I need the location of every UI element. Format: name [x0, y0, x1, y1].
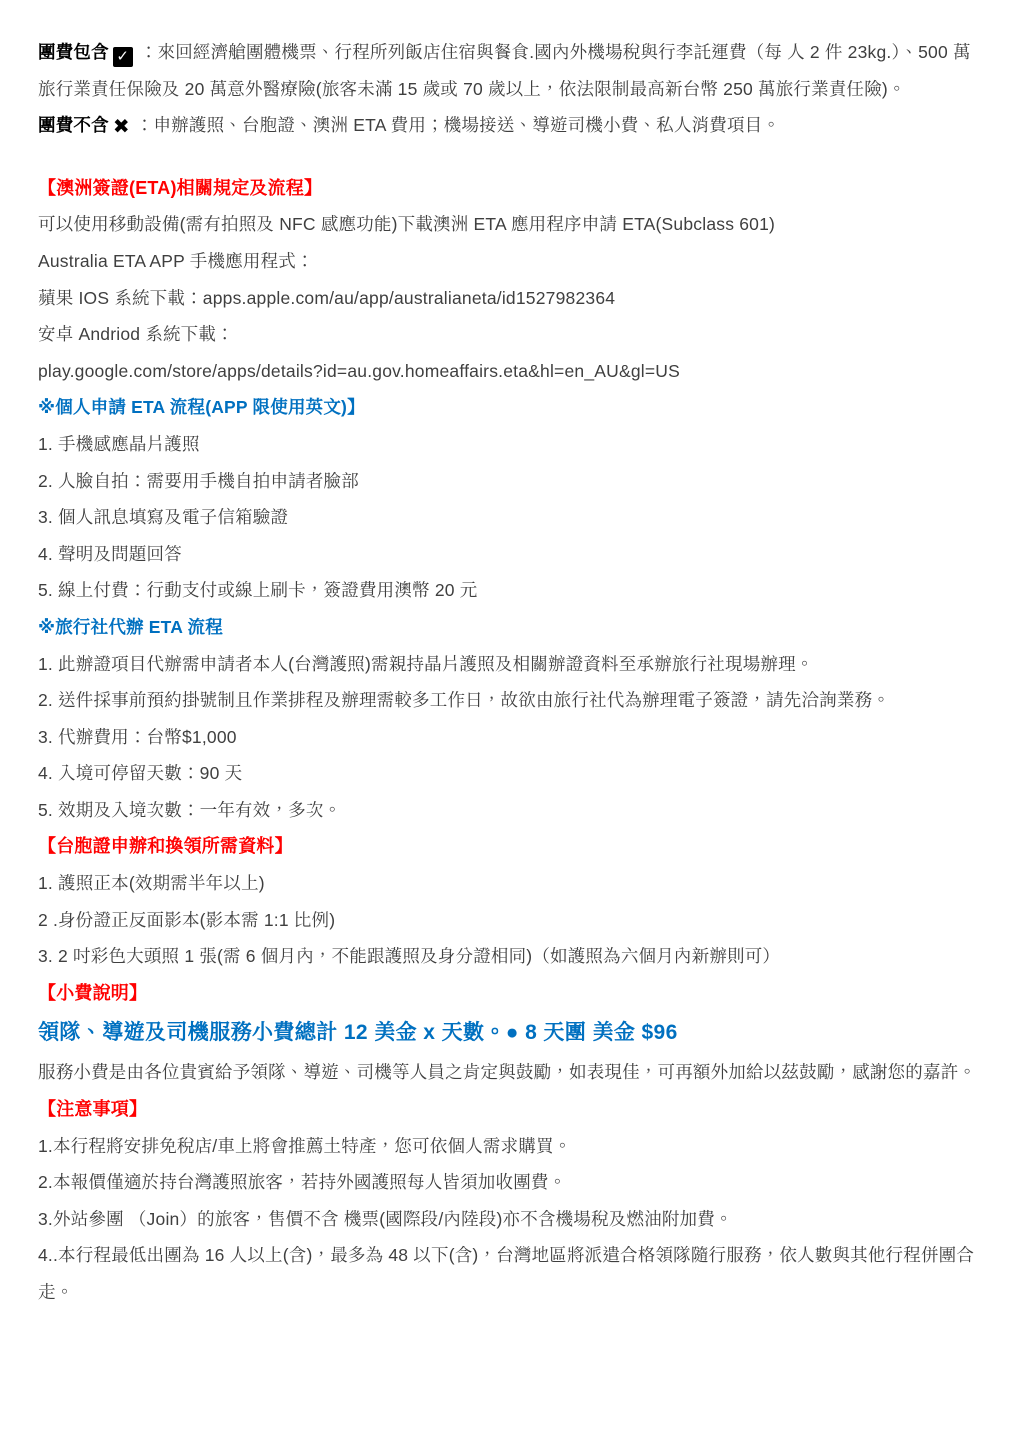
- tips-highlight-line: 領隊、導遊及司機服務小費總計 12 美金 x 天數。● 8 天團 美金 $96: [38, 1011, 986, 1054]
- fees-included-text: ：來回經濟艙團體機票、行程所列飯店住宿與餐食.國內外機場稅與行李託運費（每 人 …: [38, 42, 971, 99]
- tips-body-text: 服務小費是由各位貴賓給予領隊、導遊、司機等人員之肯定與鼓勵，如表現佳，可再額外加…: [38, 1054, 986, 1091]
- notes-item: 3.外站參團 （Join）的旅客，售價不含 機票(國際段/內陸段)亦不含機場稅及…: [38, 1201, 986, 1238]
- eta-agency-step: 3. 代辦費用：台幣$1,000: [38, 719, 986, 756]
- eta-agency-step: 5. 效期及入境次數：一年有效，多次。: [38, 792, 986, 829]
- eta-android-download-url: play.google.com/store/apps/details?id=au…: [38, 353, 986, 390]
- cross-icon: ✖: [113, 109, 130, 146]
- compatriot-permit-heading: 【台胞證申辦和換領所需資料】: [38, 828, 986, 865]
- fees-excluded-label: 團費不含: [38, 115, 109, 135]
- notes-item: 4..本行程最低出團為 16 人以上(含)，最多為 48 以下(含)，台灣地區將…: [38, 1237, 986, 1310]
- eta-agency-step: 2. 送件採事前預約掛號制且作業排程及辦理需較多工作日，故欲由旅行社代為辦理電子…: [38, 682, 986, 719]
- notes-item: 1.本行程將安排免稅店/車上將會推薦土特產，您可依個人需求購買。: [38, 1128, 986, 1165]
- eta-android-download-label: 安卓 Andriod 系統下載：: [38, 316, 986, 353]
- eta-personal-subheading: ※個人申請 ETA 流程(APP 限使用英文)】: [38, 389, 986, 426]
- notes-heading: 【注意事項】: [38, 1091, 986, 1128]
- fees-excluded-text: ：申辦護照、台胞證、澳洲 ETA 費用；機場接送、導遊司機小費、私人消費項目。: [136, 115, 780, 135]
- tips-heading: 【小費說明】: [38, 975, 986, 1012]
- compatriot-permit-item: 1. 護照正本(效期需半年以上): [38, 865, 986, 902]
- eta-section-heading: 【澳洲簽證(ETA)相關規定及流程】: [38, 170, 986, 207]
- eta-app-name-line: Australia ETA APP 手機應用程式：: [38, 243, 986, 280]
- fees-included-line: 團費包含✓：來回經濟艙團體機票、行程所列飯店住宿與餐食.國內外機場稅與行李託運費…: [38, 34, 986, 107]
- notes-item: 2.本報價僅適於持台灣護照旅客，若持外國護照每人皆須加收團費。: [38, 1164, 986, 1201]
- eta-personal-step: 1. 手機感應晶片護照: [38, 426, 986, 463]
- eta-personal-step: 3. 個人訊息填寫及電子信箱驗證: [38, 499, 986, 536]
- eta-agency-subheading: ※旅行社代辦 ETA 流程: [38, 609, 986, 646]
- eta-personal-step: 5. 線上付費：行動支付或線上刷卡，簽證費用澳幣 20 元: [38, 572, 986, 609]
- fees-included-label: 團費包含: [38, 42, 109, 62]
- compatriot-permit-item: 2 .身份證正反面影本(影本需 1:1 比例): [38, 902, 986, 939]
- eta-personal-step: 2. 人臉自拍：需要用手機自拍申請者臉部: [38, 463, 986, 500]
- eta-ios-download-line: 蘋果 IOS 系統下載：apps.apple.com/au/app/austra…: [38, 280, 986, 317]
- eta-agency-step: 4. 入境可停留天數：90 天: [38, 755, 986, 792]
- eta-personal-step: 4. 聲明及問題回答: [38, 536, 986, 573]
- compatriot-permit-item: 3. 2 吋彩色大頭照 1 張(需 6 個月內，不能跟護照及身分證相同)（如護照…: [38, 938, 986, 975]
- eta-agency-step: 1. 此辦證項目代辦需申請者本人(台灣護照)需親持晶片護照及相關辦證資料至承辦旅…: [38, 646, 986, 683]
- eta-intro-line: 可以使用移動設備(需有拍照及 NFC 感應功能)下載澳洲 ETA 應用程序申請 …: [38, 206, 986, 243]
- document-page: 團費包含✓：來回經濟艙團體機票、行程所列飯店住宿與餐食.國內外機場稅與行李託運費…: [0, 0, 1024, 1448]
- checkbox-checked-icon: ✓: [113, 47, 133, 67]
- fees-excluded-line: 團費不含✖：申辦護照、台胞證、澳洲 ETA 費用；機場接送、導遊司機小費、私人消…: [38, 107, 986, 146]
